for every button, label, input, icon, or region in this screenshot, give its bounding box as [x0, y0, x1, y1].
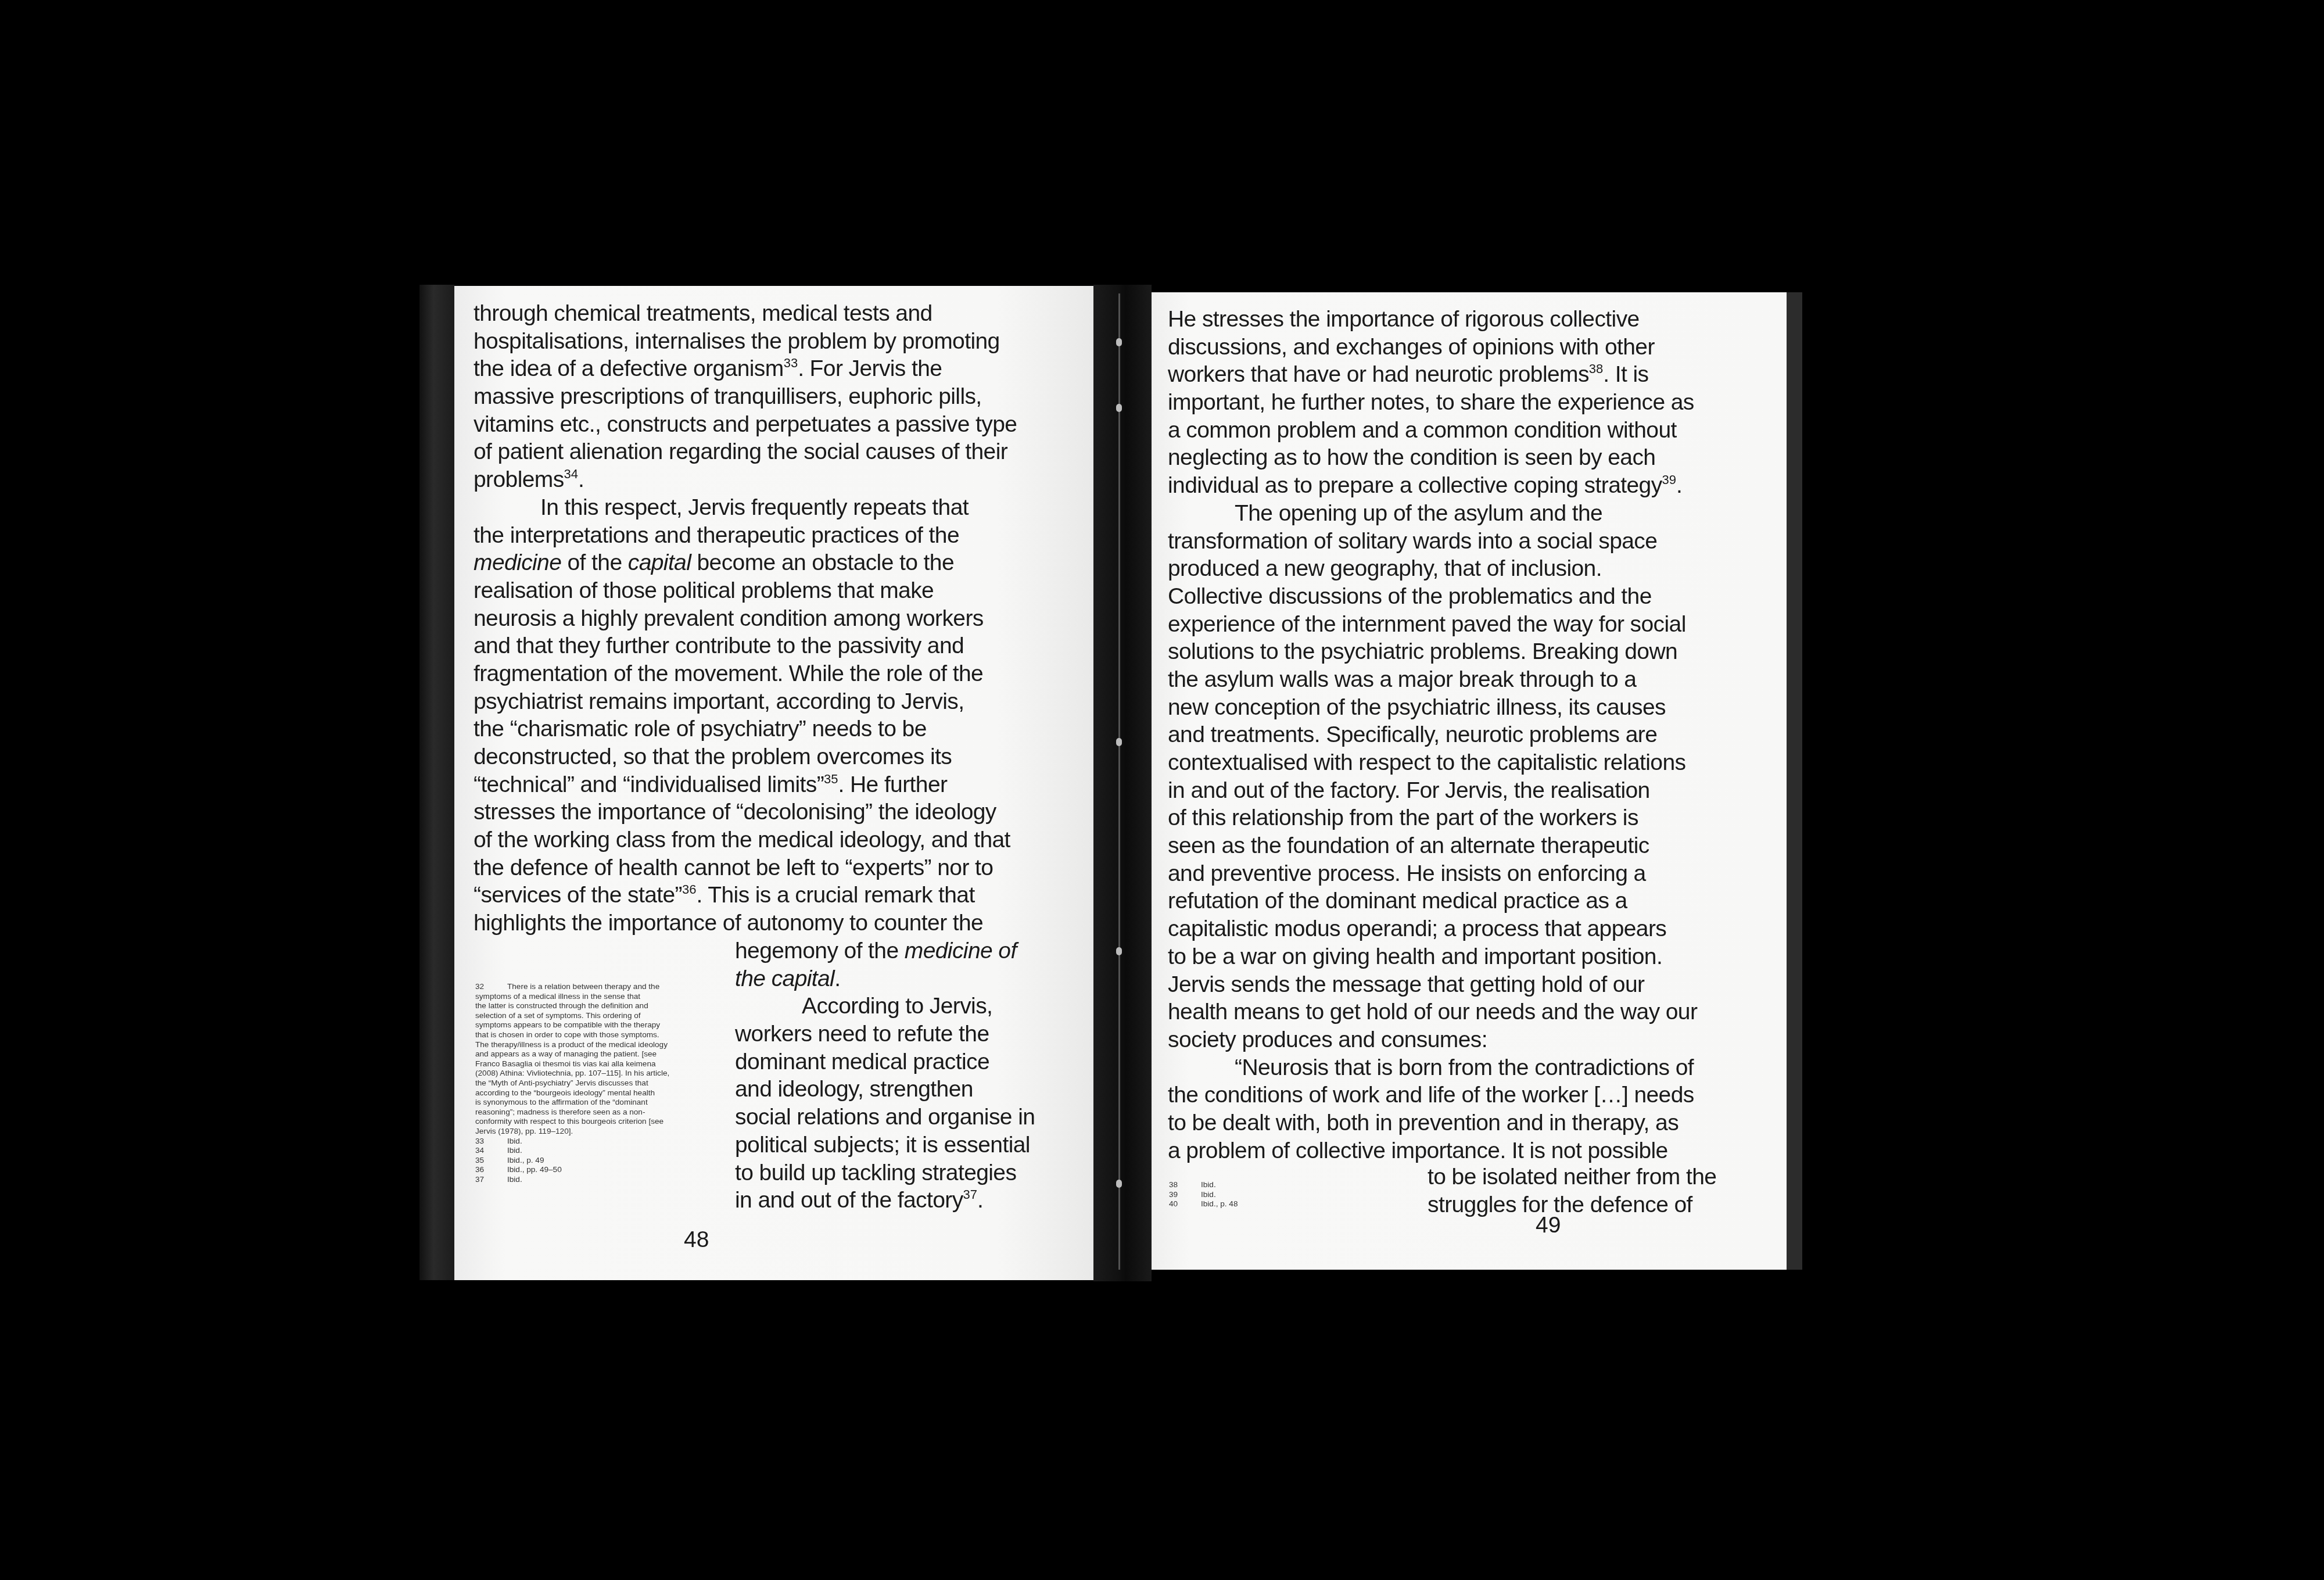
text-run: dominant medical practice — [735, 1049, 989, 1074]
text-line: in and out of the factory37. — [735, 1187, 1035, 1214]
text-run: . — [977, 1188, 983, 1213]
text-line: the interpretations and therapeutic prac… — [474, 522, 1017, 550]
text-line: political subjects; it is essential — [735, 1131, 1035, 1159]
text-run: In this respect, Jervis frequently repea… — [540, 495, 969, 520]
footnote-ref: 36 — [682, 882, 696, 897]
text-run: and ideology, strengthen — [735, 1077, 973, 1102]
left-page: through chemical treatments, medical tes… — [454, 286, 1093, 1280]
text-line: and preventive process. He insists on en… — [1168, 860, 1697, 888]
text-run: “Neurosis that is born from the contradi… — [1235, 1055, 1694, 1080]
italic-text: the capital — [735, 966, 834, 991]
text-line: deconstructed, so that the problem overc… — [474, 743, 1017, 771]
text-line: struggles for the defence of — [1428, 1191, 1716, 1219]
footnote-ref: 34 — [564, 467, 578, 481]
text-run: and preventive process. He insists on en… — [1168, 861, 1646, 886]
footnote-line: 40Ibid., p. 48 — [1169, 1199, 1238, 1209]
text-run: a common problem and a common condition … — [1168, 418, 1677, 443]
footnote-text: Ibid. — [1201, 1180, 1216, 1189]
text-run: hegemony of the — [735, 938, 905, 963]
text-run: . For Jervis the — [798, 356, 942, 381]
text-run: The opening up of the asylum and the — [1235, 501, 1602, 526]
text-run: discussions, and exchanges of opinions w… — [1168, 335, 1655, 360]
footnote-text: There is a relation between therapy and … — [507, 982, 659, 991]
text-run: social relations and organise in — [735, 1105, 1035, 1130]
text-line: a common problem and a common condition … — [1168, 417, 1697, 445]
left-side-column-text: hegemony of the medicine ofthe capital.A… — [735, 937, 1035, 1214]
text-line: The opening up of the asylum and the — [1168, 500, 1697, 528]
text-run: the “charismatic role of psychiatry” nee… — [474, 716, 927, 741]
text-line: contextualised with respect to the capit… — [1168, 749, 1697, 777]
text-line: “Neurosis that is born from the contradi… — [1168, 1054, 1697, 1082]
footnote-number: 35 — [475, 1156, 507, 1166]
text-line: neglecting as to how the condition is se… — [1168, 444, 1697, 472]
text-run: of the — [561, 550, 627, 575]
footnote-line: and appears as a way of managing the pat… — [475, 1049, 669, 1059]
footnote-text: that is chosen in order to cope with tho… — [475, 1030, 659, 1039]
text-line: massive prescriptions of tranquillisers,… — [474, 383, 1017, 411]
text-run: neurosis a highly prevalent condition am… — [474, 606, 984, 631]
text-run: . — [834, 966, 840, 991]
text-run: . It is — [1603, 362, 1648, 387]
text-run: in and out of the factory. For Jervis, t… — [1168, 778, 1650, 803]
text-run: refutation of the dominant medical pract… — [1168, 888, 1627, 913]
footnote-line: 37Ibid. — [475, 1175, 669, 1185]
footnote-text: according to the “bourgeois ideology” me… — [475, 1088, 655, 1097]
text-run: political subjects; it is essential — [735, 1133, 1030, 1158]
text-line: through chemical treatments, medical tes… — [474, 300, 1017, 328]
text-line: realisation of those political problems … — [474, 577, 1017, 605]
footnote-text: reasoning”; madness is therefore seen as… — [475, 1108, 645, 1116]
text-line: transformation of solitary wards into a … — [1168, 528, 1697, 556]
text-line: In this respect, Jervis frequently repea… — [474, 494, 1017, 522]
text-run: psychiatrist remains important, accordin… — [474, 689, 964, 714]
footnote-text: Franco Basaglia oi thesmoi tis vias kai … — [475, 1059, 656, 1068]
left-main-text: through chemical treatments, medical tes… — [474, 300, 1017, 937]
footnote-line: 33Ibid. — [475, 1137, 669, 1147]
footnote-ref: 38 — [1589, 361, 1603, 376]
book-spine-gutter — [1093, 285, 1152, 1281]
text-run: the interpretations and therapeutic prac… — [474, 523, 959, 548]
text-line: medicine of the capital become an obstac… — [474, 549, 1017, 577]
footnote-text: The therapy/illness is a product of the … — [475, 1040, 668, 1049]
footnote-line: 35Ibid., p. 49 — [475, 1156, 669, 1166]
text-line: of patient alienation regarding the soci… — [474, 438, 1017, 466]
text-line: hegemony of the medicine of — [735, 937, 1035, 965]
text-run: become an obstacle to the — [691, 550, 954, 575]
footnote-line: symptoms of a medical illness in the sen… — [475, 992, 669, 1002]
text-line: “technical” and “individualised limits”3… — [474, 771, 1017, 799]
footnote-text: the “Myth of Anti-psychiatry” Jervis dis… — [475, 1079, 648, 1087]
italic-text: medicine — [474, 550, 561, 575]
text-line: the idea of a defective organism33. For … — [474, 355, 1017, 383]
book-cover-right-edge — [1787, 292, 1802, 1270]
text-line: and ideology, strengthen — [735, 1076, 1035, 1104]
text-run: the defence of health cannot be left to … — [474, 855, 993, 880]
text-run: and treatments. Specifically, neurotic p… — [1168, 722, 1657, 747]
text-line: to build up tackling strategies — [735, 1159, 1035, 1187]
text-line: stresses the importance of “decolonising… — [474, 798, 1017, 826]
footnote-line: according to the “bourgeois ideology” me… — [475, 1088, 669, 1098]
text-line: refutation of the dominant medical pract… — [1168, 887, 1697, 915]
text-run: workers need to refute the — [735, 1022, 989, 1047]
text-run: He stresses the importance of rigorous c… — [1168, 307, 1640, 332]
text-line: society produces and consumes: — [1168, 1026, 1697, 1054]
text-run: capitalistic modus operandi; a process t… — [1168, 916, 1666, 941]
text-line: seen as the foundation of an alternate t… — [1168, 832, 1697, 860]
text-line: workers need to refute the — [735, 1020, 1035, 1048]
footnote-line: 39Ibid. — [1169, 1190, 1238, 1200]
text-run: of the working class from the medical id… — [474, 827, 1010, 852]
footnote-text: Ibid., p. 48 — [1201, 1199, 1238, 1208]
footnote-text: selection of a set of symptoms. This ord… — [475, 1011, 641, 1020]
text-run: contextualised with respect to the capit… — [1168, 750, 1685, 775]
footnote-text: Ibid., p. 49 — [507, 1156, 544, 1165]
right-main-text: He stresses the importance of rigorous c… — [1168, 306, 1697, 1165]
text-line: to be a war on giving health and importa… — [1168, 943, 1697, 971]
text-line: the “charismatic role of psychiatry” nee… — [474, 715, 1017, 743]
text-run: vitamins etc., constructs and perpetuate… — [474, 412, 1017, 437]
text-run: to be a war on giving health and importa… — [1168, 944, 1662, 969]
text-run: to be isolated neither from the — [1428, 1165, 1716, 1190]
text-run: the asylum walls was a major break throu… — [1168, 667, 1636, 692]
text-run: to build up tackling strategies — [735, 1160, 1016, 1185]
text-line: a problem of collective importance. It i… — [1168, 1137, 1697, 1165]
text-run: of this relationship from the part of th… — [1168, 805, 1638, 830]
text-line: health means to get hold of our needs an… — [1168, 998, 1697, 1026]
text-run: “technical” and “individualised limits” — [474, 772, 824, 797]
text-line: discussions, and exchanges of opinions w… — [1168, 334, 1697, 361]
text-line: to be dealt with, both in prevention and… — [1168, 1109, 1697, 1137]
binding-stitch — [1116, 338, 1122, 346]
footnote-text: and appears as a way of managing the pat… — [475, 1049, 657, 1058]
footnote-text: symptoms appears to be compatible with t… — [475, 1020, 660, 1029]
text-line: Jervis sends the message that getting ho… — [1168, 971, 1697, 999]
text-line: workers that have or had neurotic proble… — [1168, 361, 1697, 389]
footnote-text: Ibid. — [507, 1137, 522, 1145]
footnote-text: Ibid. — [507, 1146, 522, 1155]
footnote-number: 37 — [475, 1175, 507, 1185]
text-line: of this relationship from the part of th… — [1168, 804, 1697, 832]
text-line: hospitalisations, internalises the probl… — [474, 328, 1017, 356]
text-run: important, he further notes, to share th… — [1168, 390, 1694, 415]
footnote-line: is synonymous to the affirmation of the … — [475, 1098, 669, 1108]
text-run: Collective discussions of the problemati… — [1168, 584, 1652, 609]
left-footnotes: 32There is a relation between therapy an… — [475, 982, 669, 1184]
footnote-text: symptoms of a medical illness in the sen… — [475, 992, 640, 1001]
footnote-line: the latter is constructed through the de… — [475, 1001, 669, 1011]
text-run: Jervis sends the message that getting ho… — [1168, 972, 1644, 997]
text-run: problems — [474, 467, 564, 492]
right-side-column-text: to be isolated neither from thestruggles… — [1428, 1163, 1716, 1219]
footnote-ref: 37 — [963, 1187, 977, 1202]
text-line: problems34. — [474, 466, 1017, 494]
text-run: experience of the internment paved the w… — [1168, 612, 1686, 637]
text-line: social relations and organise in — [735, 1104, 1035, 1131]
text-run: . — [1676, 473, 1682, 498]
binding-stitch — [1116, 404, 1122, 412]
text-run: seen as the foundation of an alternate t… — [1168, 833, 1649, 858]
footnote-line: that is chosen in order to cope with tho… — [475, 1030, 669, 1040]
footnote-line: Jervis (1978), pp. 119–120]. — [475, 1127, 669, 1137]
page-number: 48 — [684, 1227, 709, 1253]
footnote-line: (2008) Athina: Vivliotechnia, pp. 107–11… — [475, 1069, 669, 1079]
text-line: fragmentation of the movement. While the… — [474, 660, 1017, 688]
text-run: highlights the importance of autonomy to… — [474, 911, 983, 936]
text-run: “services of the state” — [474, 883, 682, 908]
footnote-number: 39 — [1169, 1190, 1201, 1200]
text-run: transformation of solitary wards into a … — [1168, 529, 1657, 554]
footnote-ref: 39 — [1662, 472, 1676, 487]
text-line: capitalistic modus operandi; a process t… — [1168, 915, 1697, 943]
footnote-text: Jervis (1978), pp. 119–120]. — [475, 1127, 573, 1135]
footnote-line: Franco Basaglia oi thesmoi tis vias kai … — [475, 1059, 669, 1069]
text-line: Collective discussions of the problemati… — [1168, 583, 1697, 611]
text-run: . He further — [838, 772, 948, 797]
text-run: and that they further contribute to the … — [474, 633, 964, 658]
footnote-line: 32There is a relation between therapy an… — [475, 982, 669, 992]
text-run: solutions to the psychiatric problems. B… — [1168, 639, 1677, 664]
text-line: individual as to prepare a collective co… — [1168, 472, 1697, 500]
text-line: According to Jervis, — [735, 993, 1035, 1020]
binding-thread — [1118, 293, 1120, 1270]
text-run: stresses the importance of “decolonising… — [474, 800, 996, 825]
text-run: new conception of the psychiatric illnes… — [1168, 695, 1666, 720]
text-run: hospitalisations, internalises the probl… — [474, 329, 1000, 354]
right-footnotes: 38Ibid.39Ibid.40Ibid., p. 48 — [1169, 1180, 1238, 1209]
text-run: realisation of those political problems … — [474, 578, 934, 603]
footnote-text: conformity with respect to this bourgeoi… — [475, 1117, 664, 1126]
text-line: experience of the internment paved the w… — [1168, 611, 1697, 639]
text-line: dominant medical practice — [735, 1048, 1035, 1076]
binding-stitch — [1116, 738, 1122, 746]
footnote-line: 36Ibid., pp. 49–50 — [475, 1165, 669, 1175]
text-run: in and out of the factory — [735, 1188, 963, 1213]
footnote-line: 34Ibid. — [475, 1146, 669, 1156]
text-line: psychiatrist remains important, accordin… — [474, 688, 1017, 716]
text-run: . — [578, 467, 584, 492]
footnote-line: 38Ibid. — [1169, 1180, 1238, 1190]
page-number: 49 — [1536, 1213, 1561, 1238]
footnote-line: the “Myth of Anti-psychiatry” Jervis dis… — [475, 1079, 669, 1088]
text-run: workers that have or had neurotic proble… — [1168, 362, 1589, 387]
footnote-text: Ibid. — [1201, 1190, 1216, 1199]
binding-stitch — [1116, 947, 1122, 955]
text-line: vitamins etc., constructs and perpetuate… — [474, 411, 1017, 439]
text-line: new conception of the psychiatric illnes… — [1168, 694, 1697, 722]
footnote-ref: 35 — [824, 772, 838, 786]
text-run: the conditions of work and life of the w… — [1168, 1083, 1694, 1108]
footnote-text: is synonymous to the affirmation of the … — [475, 1098, 648, 1106]
footnote-number: 38 — [1169, 1180, 1201, 1190]
right-page: He stresses the importance of rigorous c… — [1152, 292, 1787, 1270]
footnote-number: 32 — [475, 982, 507, 992]
text-line: of the working class from the medical id… — [474, 826, 1017, 854]
text-run: a problem of collective importance. It i… — [1168, 1138, 1668, 1163]
footnote-line: conformity with respect to this bourgeoi… — [475, 1117, 669, 1127]
text-run: produced a new geography, that of inclus… — [1168, 556, 1602, 581]
footnote-text: Ibid., pp. 49–50 — [507, 1165, 562, 1174]
text-line: “services of the state”36. This is a cru… — [474, 882, 1017, 909]
footnote-text: (2008) Athina: Vivliotechnia, pp. 107–11… — [475, 1069, 669, 1077]
text-run: individual as to prepare a collective co… — [1168, 473, 1662, 498]
text-run: health means to get hold of our needs an… — [1168, 999, 1697, 1024]
text-run: neglecting as to how the condition is se… — [1168, 445, 1655, 470]
text-run: . This is a crucial remark that — [697, 883, 975, 908]
text-line: highlights the importance of autonomy to… — [474, 909, 1017, 937]
footnote-number: 36 — [475, 1165, 507, 1175]
text-line: neurosis a highly prevalent condition am… — [474, 605, 1017, 633]
text-line: the capital. — [735, 965, 1035, 993]
text-line: the asylum walls was a major break throu… — [1168, 666, 1697, 694]
footnote-line: symptoms appears to be compatible with t… — [475, 1020, 669, 1030]
footnote-number: 33 — [475, 1137, 507, 1147]
text-run: fragmentation of the movement. While the… — [474, 661, 983, 686]
book-cover-left-edge — [419, 285, 454, 1280]
text-line: produced a new geography, that of inclus… — [1168, 555, 1697, 583]
binding-stitch — [1116, 1180, 1122, 1188]
text-run: massive prescriptions of tranquillisers,… — [474, 384, 982, 409]
text-run: of patient alienation regarding the soci… — [474, 439, 1007, 464]
text-run: According to Jervis, — [802, 994, 992, 1019]
text-line: the conditions of work and life of the w… — [1168, 1081, 1697, 1109]
text-line: important, he further notes, to share th… — [1168, 389, 1697, 417]
text-line: solutions to the psychiatric problems. B… — [1168, 638, 1697, 666]
text-run: the idea of a defective organism — [474, 356, 784, 381]
text-line: and treatments. Specifically, neurotic p… — [1168, 721, 1697, 749]
text-line: to be isolated neither from the — [1428, 1163, 1716, 1191]
footnote-line: reasoning”; madness is therefore seen as… — [475, 1108, 669, 1117]
footnote-number: 34 — [475, 1146, 507, 1156]
italic-text: capital — [628, 550, 691, 575]
text-line: He stresses the importance of rigorous c… — [1168, 306, 1697, 334]
text-run: through chemical treatments, medical tes… — [474, 301, 933, 326]
text-run: society produces and consumes: — [1168, 1027, 1487, 1052]
text-run: to be dealt with, both in prevention and… — [1168, 1110, 1679, 1135]
text-run: deconstructed, so that the problem overc… — [474, 744, 952, 769]
italic-text: medicine of — [905, 938, 1017, 963]
footnote-ref: 33 — [784, 356, 798, 370]
text-line: and that they further contribute to the … — [474, 632, 1017, 660]
footnote-number: 40 — [1169, 1199, 1201, 1209]
text-line: the defence of health cannot be left to … — [474, 854, 1017, 882]
footnote-line: selection of a set of symptoms. This ord… — [475, 1011, 669, 1021]
footnote-text: the latter is constructed through the de… — [475, 1001, 648, 1010]
footnote-text: Ibid. — [507, 1175, 522, 1184]
text-line: in and out of the factory. For Jervis, t… — [1168, 777, 1697, 805]
footnote-line: The therapy/illness is a product of the … — [475, 1040, 669, 1050]
